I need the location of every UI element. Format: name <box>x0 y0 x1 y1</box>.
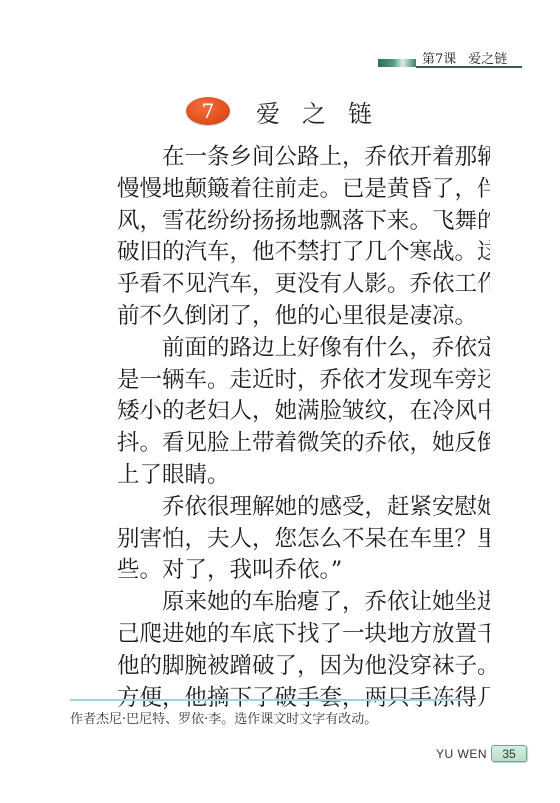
lesson-title: 7 爱之链 <box>186 95 394 127</box>
article-body: 在一条乡间公路上，乔依开着那辆破汽车 慢慢地颠簸着往前走。已是黄昏了，伴随着寒 … <box>72 142 490 714</box>
text-line: 风，雪花纷纷扬扬地飘落下来。飞舞的雪花钻进 <box>72 206 490 238</box>
text-line: 他的脚腕被蹭破了，因为他没穿袜子。为了干活 <box>72 651 490 683</box>
text-line: 慢慢地颠簸着往前走。已是黄昏了，伴随着寒 <box>72 174 490 206</box>
text-line: 上了眼睛。 <box>72 460 490 492</box>
paragraph-4: 原来她的车胎瘪了，乔依让她坐进车里，自 己爬进她的车底下找了一块地方放置千斤顶。… <box>72 587 490 714</box>
paragraph-1: 在一条乡间公路上，乔依开着那辆破汽车 慢慢地颠簸着往前走。已是黄昏了，伴随着寒 … <box>72 142 490 333</box>
subject-label: YU WEN <box>436 747 487 761</box>
footnote-divider <box>70 699 462 701</box>
page-number-badge: 35 <box>491 745 527 762</box>
text-line: 前不久倒闭了，他的心里很是凄凉。 <box>72 301 490 333</box>
header-decorative-bar <box>378 59 416 67</box>
text-line: 乎看不见汽车，更没有人影。乔依工作的工厂在 <box>72 269 490 301</box>
page-footer: YU WEN 35 <box>436 745 527 762</box>
lesson-title-text: 爱之链 <box>256 94 394 129</box>
text-line: 己爬进她的车底下找了一块地方放置千斤顶。 <box>72 619 490 651</box>
paragraph-2: 前面的路边上好像有什么，乔依定睛一看， 是一辆车。走近时，乔依才发现车旁还有位身… <box>72 333 490 492</box>
paragraph-3: 乔依很理解她的感受，赶紧安慰她说：“请 别害怕，夫人，您怎么不呆在车里？里面暖和… <box>72 492 490 587</box>
header-text: 第7课爱之链 <box>422 48 507 67</box>
text-line: 矮小的老妇人，她满脸皱纹，在冷风中微微发 <box>72 396 490 428</box>
text-line: 原来她的车胎瘪了，乔依让她坐进车里，自 <box>72 587 490 619</box>
lesson-number-badge: 7 <box>186 97 230 125</box>
footnote: 作者杰尼·巴尼特、罗依·李。选作课文时文字有改动。 <box>70 708 377 727</box>
text-line: 破旧的汽车，他不禁打了几个寒战。这条路上几 <box>72 237 490 269</box>
text-line: 是一辆车。走近时，乔依才发现车旁还有位身材 <box>72 365 490 397</box>
header-lesson-title: 爱之链 <box>468 52 507 67</box>
header-lesson-label: 第7课 <box>422 52 456 67</box>
text-line: 在一条乡间公路上，乔依开着那辆破汽车 <box>72 142 490 174</box>
text-line: 些。对了，我叫乔依。” <box>72 555 490 587</box>
text-line: 乔依很理解她的感受，赶紧安慰她说：“请 <box>72 492 490 524</box>
text-line: 前面的路边上好像有什么，乔依定睛一看， <box>72 333 490 365</box>
text-line: 抖。看见脸上带着微笑的乔依，她反倒紧张地闭 <box>72 428 490 460</box>
text-line: 别害怕，夫人，您怎么不呆在车里？里面暖和 <box>72 524 490 556</box>
running-header: 第7课爱之链 <box>378 46 518 68</box>
